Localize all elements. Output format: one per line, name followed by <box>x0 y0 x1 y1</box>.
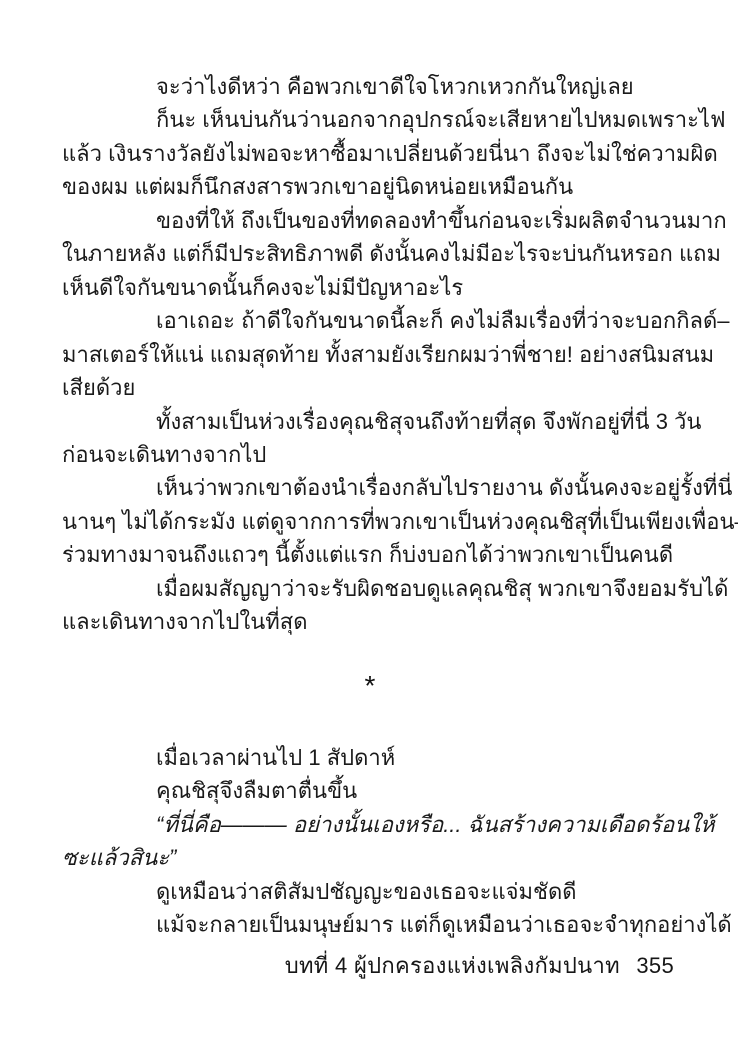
paragraph: เห็นว่าพวกเขาต้องนำเรื่องกลับไปรายงาน ดั… <box>62 471 678 571</box>
text-line: เมื่อเวลาผ่านไป 1 สัปดาห์ <box>62 741 678 774</box>
section-after-break: เมื่อเวลาผ่านไป 1 สัปดาห์คุณชิสุจึงลืมตา… <box>62 741 678 942</box>
text-line: คุณชิสุจึงลืมตาตื่นขึ้น <box>62 774 678 807</box>
text-line: จะว่าไงดีหว่า คือพวกเขาดีใจโหวกเหวกกันให… <box>62 70 678 103</box>
text-line: เอาเถอะ ถ้าดีใจกันขนาดนี้ละก็ คงไม่ลืมเร… <box>62 304 678 337</box>
text-line: แม้จะกลายเป็นมนุษย์มาร แต่ก็ดูเหมือนว่าเ… <box>62 908 678 941</box>
text-line: มาสเตอร์ให้แน่ แถมสุดท้าย ทั้งสามยังเรีย… <box>62 338 678 371</box>
text-line: ของผม แต่ผมก็นึกสงสารพวกเขาอยู่นิดหน่อยเ… <box>62 170 678 203</box>
paragraph: แม้จะกลายเป็นมนุษย์มาร แต่ก็ดูเหมือนว่าเ… <box>62 908 678 941</box>
text-line: ทั้งสามเป็นห่วงเรื่องคุณชิสุจนถึงท้ายที่… <box>62 405 678 438</box>
text-line: ร่วมทางมาจนถึงแถวๆ นี้ตั้งแต่แรก ก็บ่งบอ… <box>62 538 678 571</box>
text-line: ก่อนจะเดินทางจากไป <box>62 438 678 471</box>
paragraph: ของที่ให้ ถึงเป็นของที่ทดลองทำขึ้นก่อนจะ… <box>62 204 678 304</box>
text-line: และเดินทางจากไปในที่สุด <box>62 605 678 638</box>
page-number: 355 <box>636 953 674 978</box>
paragraph: เมื่อผมสัญญาว่าจะรับผิดชอบดูแลคุณชิสุ พว… <box>62 572 678 639</box>
text-line: เมื่อผมสัญญาว่าจะรับผิดชอบดูแลคุณชิสุ พว… <box>62 572 678 605</box>
paragraph: “ที่นี่คือ——— อย่างนั้นเองหรือ... ฉันสร้… <box>62 808 678 875</box>
paragraph: ทั้งสามเป็นห่วงเรื่องคุณชิสุจนถึงท้ายที่… <box>62 405 678 472</box>
text-line: “ที่นี่คือ——— อย่างนั้นเองหรือ... ฉันสร้… <box>62 808 678 841</box>
text-line: ซะแล้วสินะ” <box>62 841 678 874</box>
scene-break-asterisk: * <box>62 668 678 704</box>
text-line: เห็นว่าพวกเขาต้องนำเรื่องกลับไปรายงาน ดั… <box>62 471 678 504</box>
text-line: ของที่ให้ ถึงเป็นของที่ทดลองทำขึ้นก่อนจะ… <box>62 204 678 237</box>
section-before-break: จะว่าไงดีหว่า คือพวกเขาดีใจโหวกเหวกกันให… <box>62 70 678 639</box>
text-line: ดูเหมือนว่าสติสัมปชัญญะของเธอจะแจ่มชัดดี <box>62 875 678 908</box>
book-page: จะว่าไงดีหว่า คือพวกเขาดีใจโหวกเหวกกันให… <box>0 0 738 1051</box>
chapter-title: บทที่ 4 ผู้ปกครองแห่งเพลิงกัมปนาท <box>285 953 620 978</box>
text-line: นานๆ ไม่ได้กระมัง แต่ดูจากการที่พวกเขาเป… <box>62 505 678 538</box>
paragraph: ดูเหมือนว่าสติสัมปชัญญะของเธอจะแจ่มชัดดี <box>62 875 678 908</box>
text-line: เห็นดีใจกันขนาดนั้นก็คงจะไม่มีปัญหาอะไร <box>62 271 678 304</box>
text-line: ก็นะ เห็นบ่นกันว่านอกจากอุปกรณ์จะเสียหาย… <box>62 103 678 136</box>
paragraph: เอาเถอะ ถ้าดีใจกันขนาดนี้ละก็ คงไม่ลืมเร… <box>62 304 678 404</box>
paragraph: คุณชิสุจึงลืมตาตื่นขึ้น <box>62 774 678 807</box>
paragraph: จะว่าไงดีหว่า คือพวกเขาดีใจโหวกเหวกกันให… <box>62 70 678 103</box>
paragraph: ก็นะ เห็นบ่นกันว่านอกจากอุปกรณ์จะเสียหาย… <box>62 103 678 203</box>
text-line: เสียด้วย <box>62 371 678 404</box>
text-line: ในภายหลัง แต่ก็มีประสิทธิภาพดี ดังนั้นคง… <box>62 237 678 270</box>
page-footer: บทที่ 4 ผู้ปกครองแห่งเพลิงกัมปนาท 355 <box>62 951 674 981</box>
paragraph: เมื่อเวลาผ่านไป 1 สัปดาห์ <box>62 741 678 774</box>
text-line: แล้ว เงินรางวัลยังไม่พอจะหาซื้อมาเปลี่ยน… <box>62 137 678 170</box>
